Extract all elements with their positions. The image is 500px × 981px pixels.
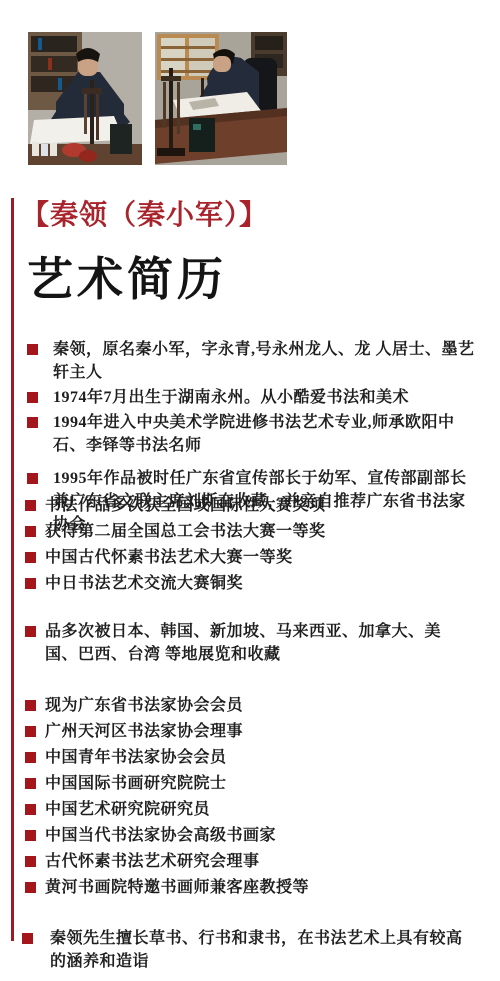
photo-calligrapher-side-image (155, 32, 287, 165)
photo-calligrapher-front-image (28, 32, 142, 165)
bullet-icon (27, 392, 38, 403)
list-item-text: 中国艺术研究院研究员 (45, 798, 210, 821)
bullet-icon (27, 473, 38, 484)
list-item-text: 书法作品多次获全国或国际性大赛奖项 (45, 494, 326, 517)
list-item: 秦领先生擅长草书、行书和隶书，在书法艺术上具有较高的涵养和造诣 (22, 927, 477, 973)
list-item: 中国艺术研究院研究员 (25, 798, 480, 821)
photo-calligrapher-front (28, 32, 142, 165)
list-item: 品多次被日本、韩国、新加坡、马来西亚、加拿大、美国、巴西、台湾 等地展览和收藏 (25, 620, 480, 666)
bullet-icon (27, 417, 38, 428)
list-item: 中国国际书画研究院院士 (25, 772, 480, 795)
list-item-text: 获得第二届全国总工会书法大赛一等奖 (45, 520, 326, 543)
bullet-icon (25, 626, 36, 637)
list-item: 现为广东省书法家协会会员 (25, 694, 480, 717)
list-item: 中日书法艺术交流大赛铜奖 (25, 572, 480, 595)
list-item: 黄河书画院特邀书画师兼客座教授等 (25, 876, 480, 899)
list-item-text: 秦领先生擅长草书、行书和隶书，在书法艺术上具有较高的涵养和造诣 (50, 927, 474, 973)
list-item-text: 中国青年书法家协会会员 (45, 746, 227, 769)
photo-calligrapher-side (155, 32, 287, 165)
exhibitions-section: 品多次被日本、韩国、新加坡、马来西亚、加拿大、美国、巴西、台湾 等地展览和收藏 (25, 620, 480, 669)
list-item-text: 中日书法艺术交流大赛铜奖 (45, 572, 243, 595)
awards-section: 书法作品多次获全国或国际性大赛奖项 获得第二届全国总工会书法大赛一等奖 中国古代… (25, 494, 480, 598)
list-item-text: 中国古代怀素书法艺术大赛一等奖 (45, 546, 293, 569)
page-title: 艺术简历 (27, 243, 227, 309)
bullet-icon (27, 344, 38, 355)
list-item: 中国古代怀素书法艺术大赛一等奖 (25, 546, 480, 569)
bullet-icon (25, 526, 36, 537)
bullet-icon (25, 700, 36, 711)
list-item-text: 广州天河区书法家协会理事 (45, 720, 243, 743)
bullet-icon (25, 726, 36, 737)
bullet-icon (25, 778, 36, 789)
bullet-icon (22, 933, 33, 944)
bullet-icon (25, 804, 36, 815)
memberships-section: 现为广东省书法家协会会员 广州天河区书法家协会理事 中国青年书法家协会会员 中国… (25, 694, 480, 902)
list-item-text: 1974年7月出生于湖南永州。从小酷爱书法和美术 (53, 386, 409, 409)
list-item-text: 品多次被日本、韩国、新加坡、马来西亚、加拿大、美国、巴西、台湾 等地展览和收藏 (45, 620, 469, 666)
list-item-text: 中国国际书画研究院院士 (45, 772, 227, 795)
list-item: 广州天河区书法家协会理事 (25, 720, 480, 743)
bullet-icon (25, 578, 36, 589)
bullet-icon (25, 752, 36, 763)
left-accent-line (11, 198, 14, 941)
list-item-text: 1994年进入中央美术学院进修书法艺术专业,师承欧阳中石、李铎等书法名师 (53, 411, 477, 457)
list-item: 书法作品多次获全国或国际性大赛奖项 (25, 494, 480, 517)
list-item: 古代怀素书法艺术研究会理事 (25, 850, 480, 873)
list-item-text: 中国当代书法家协会高级书画家 (45, 824, 276, 847)
bullet-icon (25, 830, 36, 841)
list-item-text: 秦领，原名秦小军，字永青,号永州龙人、龙 人居士、墨艺轩主人 (53, 338, 477, 384)
bullet-icon (25, 552, 36, 563)
list-item-text: 现为广东省书法家协会会员 (45, 694, 243, 717)
list-item: 秦领，原名秦小军，字永青,号永州龙人、龙 人居士、墨艺轩主人 (27, 338, 482, 384)
summary-section: 秦领先生擅长草书、行书和隶书，在书法艺术上具有较高的涵养和造诣 (22, 927, 477, 976)
list-item: 中国青年书法家协会会员 (25, 746, 480, 769)
list-item: 1974年7月出生于湖南永州。从小酷爱书法和美术 (27, 386, 482, 409)
biography-page: 【秦领（秦小军）】 艺术简历 秦领，原名秦小军，字永青,号永州龙人、龙 人居士、… (0, 0, 500, 981)
bullet-icon (25, 882, 36, 893)
bullet-icon (25, 500, 36, 511)
name-badge: 【秦领（秦小军）】 (21, 193, 268, 233)
list-item: 获得第二届全国总工会书法大赛一等奖 (25, 520, 480, 543)
list-item: 中国当代书法家协会高级书画家 (25, 824, 480, 847)
list-item-text: 古代怀素书法艺术研究会理事 (45, 850, 260, 873)
list-item-text: 黄河书画院特邀书画师兼客座教授等 (45, 876, 309, 899)
bullet-icon (25, 856, 36, 867)
list-item: 1994年进入中央美术学院进修书法艺术专业,师承欧阳中石、李铎等书法名师 (27, 411, 482, 457)
